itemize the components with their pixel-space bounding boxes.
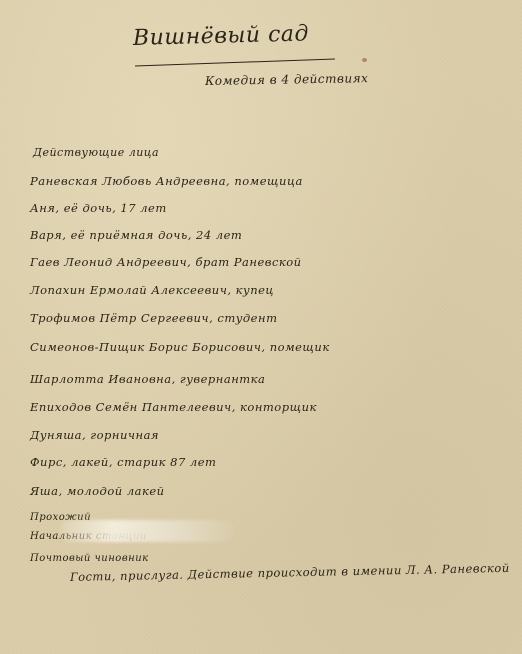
cast-line: Варя, её приёмная дочь, 24 лет <box>30 228 242 242</box>
cast-line: Лопахин Ермолай Алексеевич, купец <box>30 283 274 297</box>
closing-line: Гости, прислуга. Действие происходит в и… <box>70 561 510 584</box>
title-underline <box>135 59 335 67</box>
cast-line: Епиходов Семён Пантелеевич, конторщик <box>30 400 317 414</box>
cast-line: Аня, её дочь, 17 лет <box>30 201 167 215</box>
erasure-smudge <box>60 520 235 542</box>
cast-line: Шарлотта Ивановна, гувернантка <box>30 372 265 386</box>
cast-line: Фирс, лакей, старик 87 лет <box>30 455 216 469</box>
cast-line: Гаев Леонид Андреевич, брат Раневской <box>30 255 302 269</box>
cast-line: Яша, молодой лакей <box>30 484 165 498</box>
manuscript-page: Вишнёвый сад Комедия в 4 действиях Дейст… <box>0 0 522 654</box>
cast-line: Дуняша, горничная <box>30 428 159 442</box>
manuscript-subtitle: Комедия в 4 действиях <box>205 71 369 88</box>
cast-heading: Действующие лица <box>33 146 159 159</box>
cast-line: Почтовый чиновник <box>30 553 149 564</box>
cast-line: Раневская Любовь Андреевна, помещица <box>30 174 303 188</box>
cast-line: Трофимов Пётр Сергеевич, студент <box>30 311 277 325</box>
ink-spot <box>362 58 367 62</box>
manuscript-title: Вишнёвый сад <box>133 21 310 51</box>
cast-line: Симеонов-Пищик Борис Борисович, помещик <box>30 340 330 354</box>
